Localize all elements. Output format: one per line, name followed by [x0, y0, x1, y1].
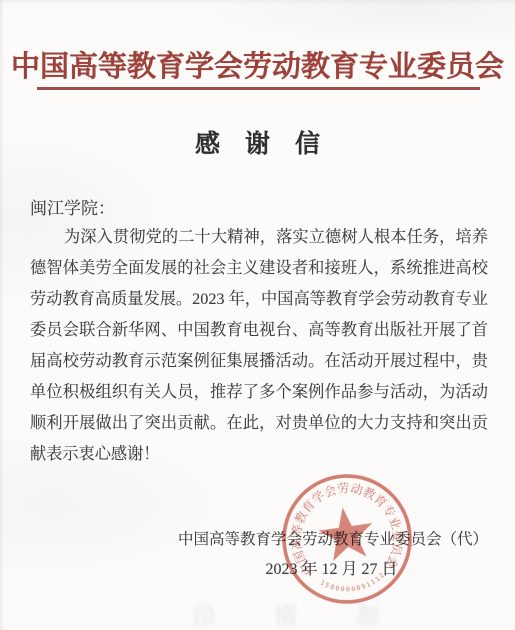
letterhead-org-name: 中国高等教育学会劳动教育专业委员会 — [0, 50, 515, 84]
body-line: 德智体美劳全面发展的社会主义建设者和接班人，系统推进高校 — [30, 253, 488, 284]
salutation: 闽江学院： — [30, 196, 115, 222]
body-line: 劳动教育高质量发展。2023 年，中国高等教育学会劳动教育专业 — [30, 284, 488, 315]
letterhead-rule — [37, 87, 480, 90]
bleed-through-ghost-text: 感 谢 信 — [150, 596, 380, 630]
official-seal-stamp: 中国高等教育学会劳动教育专业委员会 1500000091112 — [271, 463, 422, 614]
body-line: 为深入贯彻党的二十大精神，落实立德树人根本任务，培养 — [30, 222, 488, 253]
letter-title: 感 谢 信 — [0, 128, 515, 162]
scanned-letter-page: 中国高等教育学会劳动教育专业委员会 感 谢 信 闽江学院： 为深入贯彻党的二十大… — [0, 0, 515, 630]
body-line: 届高校劳动教育示范案例征集展播活动。在活动开展过程中，贵 — [30, 346, 488, 377]
body-line: 顺利开展做出了突出贡献。在此，对贵单位的大力支持和突出贡 — [30, 408, 488, 439]
body-line: 委员会联合新华网、中国教育电视台、高等教育出版社开展了首 — [30, 315, 488, 346]
letter-body: 为深入贯彻党的二十大精神，落实立德树人根本任务，培养 德智体美劳全面发展的社会主… — [30, 222, 488, 470]
seal-star-icon — [316, 504, 377, 563]
body-line: 单位积极组织有关人员，推荐了多个案例作品参与活动，为活动 — [30, 377, 488, 408]
body-line: 献表示衷心感谢！ — [30, 439, 488, 470]
